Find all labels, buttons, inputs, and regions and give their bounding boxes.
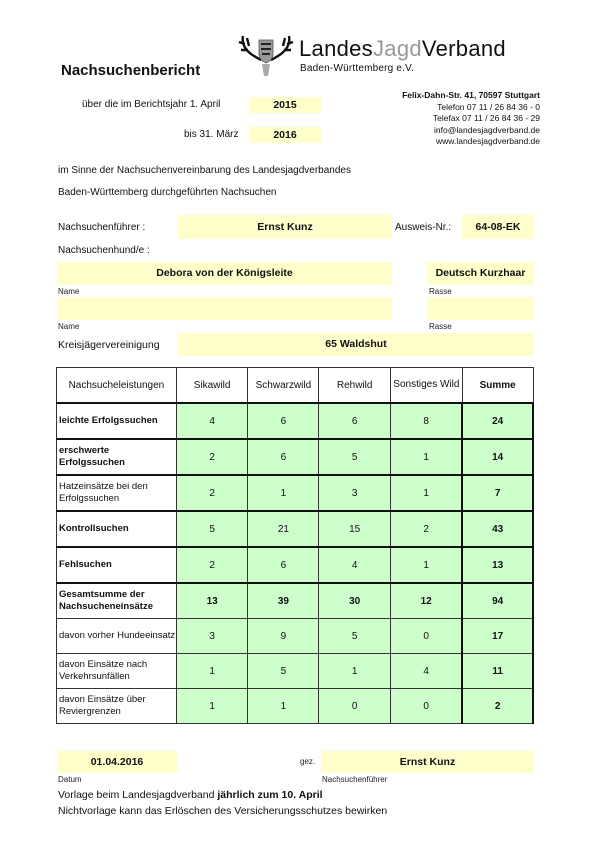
header-rehwild: Rehwild <box>319 368 391 404</box>
value-cell[interactable]: 21 <box>248 511 319 547</box>
address-email[interactable]: info@landesjagdverband.de <box>402 125 540 137</box>
logo-subtitle: Baden-Württemberg e.V. <box>300 63 414 74</box>
dog-1-breed-field[interactable]: Deutsch Kurzhaar <box>427 262 534 285</box>
date-field[interactable]: 01.04.2016 <box>57 751 177 773</box>
value-cell[interactable]: 6 <box>248 439 319 475</box>
table-row: leichte Erfolgssuchen466824 <box>57 403 534 439</box>
logo-wordmark: LandesJagdVerband <box>299 36 506 62</box>
note-deadline: Vorlage beim Landesjagdverband jährlich … <box>58 789 323 801</box>
value-cell[interactable]: 5 <box>319 439 391 475</box>
table-row: davon Einsätze nach Verkehrsunfällen1514… <box>57 654 534 689</box>
intro-line-2: Baden-Württemberg durchgeführten Nachsuc… <box>58 187 276 198</box>
row-label: davon Einsätze über Reviergrenzen <box>57 689 177 724</box>
value-cell[interactable]: 6 <box>248 403 319 439</box>
intro-line-1: im Sinne der Nachsuchenvereinbarung des … <box>58 165 351 176</box>
association-label: Kreisjägervereinigung <box>58 339 160 351</box>
header-schwarzwild: Schwarzwild <box>248 368 319 404</box>
table-row: Fehlsuchen264113 <box>57 547 534 583</box>
value-cell[interactable]: 6 <box>248 547 319 583</box>
page-title: Nachsuchenbericht <box>61 62 200 79</box>
value-cell[interactable]: 1 <box>248 475 319 511</box>
row-label: erschwerte Erfolgssuchen <box>57 439 177 475</box>
value-cell[interactable]: 5 <box>248 654 319 689</box>
signed-label: Nachsuchenführer <box>322 775 387 784</box>
value-cell[interactable]: 1 <box>248 689 319 724</box>
header-sonstiges-wild: Sonstiges Wild <box>391 368 463 404</box>
value-cell[interactable]: 0 <box>391 689 463 724</box>
sum-cell: 7 <box>462 475 533 511</box>
sum-cell: 11 <box>462 654 533 689</box>
address-phone: Telefon 07 11 / 26 84 36 - 0 <box>402 102 540 114</box>
id-field[interactable]: 64-08-EK <box>462 215 534 239</box>
value-cell[interactable]: 6 <box>319 403 391 439</box>
sum-cell: 17 <box>462 619 533 654</box>
value-cell[interactable]: 15 <box>319 511 391 547</box>
row-label: davon vorher Hundeeinsatz <box>57 619 177 654</box>
value-cell[interactable]: 1 <box>319 654 391 689</box>
value-cell[interactable]: 3 <box>319 475 391 511</box>
period-from-label: über die im Berichtsjahr 1. April <box>82 99 220 110</box>
dogs-label: Nachsuchenhund/e : <box>58 245 150 256</box>
table-header-row: Nachsucheleistungen Sikawild Schwarzwild… <box>57 368 534 404</box>
period-to-year[interactable]: 2016 <box>249 127 321 143</box>
sum-cell: 43 <box>462 511 533 547</box>
value-cell[interactable]: 2 <box>391 511 463 547</box>
value-cell[interactable]: 5 <box>176 511 248 547</box>
sum-cell: 94 <box>462 583 533 619</box>
row-label: davon Einsätze nach Verkehrsunfällen <box>57 654 177 689</box>
value-cell[interactable]: 1 <box>391 439 463 475</box>
header-summe: Summe <box>462 368 533 404</box>
logo-part-jagd: Jagd <box>373 36 422 61</box>
value-cell[interactable]: 12 <box>391 583 463 619</box>
address-fax: Telefax 07 11 / 26 84 36 - 29 <box>402 113 540 125</box>
header-sikawild: Sikawild <box>176 368 248 404</box>
sum-cell: 14 <box>462 439 533 475</box>
value-cell[interactable]: 4 <box>176 403 248 439</box>
table-row: Gesamtsumme der Nachsucheneinsätze133930… <box>57 583 534 619</box>
address-web[interactable]: www.landesjagdverband.de <box>402 136 540 148</box>
table-row: davon vorher Hundeeinsatz395017 <box>57 619 534 654</box>
signed-prefix: gez. <box>300 757 315 766</box>
row-label: Gesamtsumme der Nachsucheneinsätze <box>57 583 177 619</box>
value-cell[interactable]: 2 <box>176 547 248 583</box>
value-cell[interactable]: 2 <box>176 439 248 475</box>
value-cell[interactable]: 1 <box>176 654 248 689</box>
value-cell[interactable]: 13 <box>176 583 248 619</box>
value-cell[interactable]: 1 <box>391 475 463 511</box>
value-cell[interactable]: 4 <box>319 547 391 583</box>
address-block: Felix-Dahn-Str. 41, 70597 Stuttgart Tele… <box>402 90 540 148</box>
sum-cell: 24 <box>462 403 533 439</box>
header-nachsucheleistungen: Nachsucheleistungen <box>57 368 177 404</box>
signed-field[interactable]: Ernst Kunz <box>321 751 534 773</box>
note-deadline-text: Vorlage beim Landesjagdverband <box>58 789 217 801</box>
logo-emblem-icon <box>237 32 295 82</box>
address-street: Felix-Dahn-Str. 41, 70597 Stuttgart <box>402 90 540 102</box>
leader-label: Nachsuchenführer : <box>58 222 145 233</box>
value-cell[interactable]: 1 <box>391 547 463 583</box>
sum-cell: 13 <box>462 547 533 583</box>
id-label: Ausweis-Nr.: <box>395 222 451 233</box>
date-label: Datum <box>58 775 82 784</box>
sum-cell: 2 <box>462 689 533 724</box>
value-cell[interactable]: 39 <box>248 583 319 619</box>
value-cell[interactable]: 30 <box>319 583 391 619</box>
association-field[interactable]: 65 Waldshut <box>178 333 534 356</box>
value-cell[interactable]: 8 <box>391 403 463 439</box>
row-label: leichte Erfolgssuchen <box>57 403 177 439</box>
row-label: Hatzeinsätze bei den Erfolgssuchen <box>57 475 177 511</box>
logo-part-landes: Landes <box>299 36 373 61</box>
note-deadline-bold: jährlich zum 10. April <box>217 789 322 801</box>
dog-2-name-label: Name <box>58 322 79 331</box>
dog-1-name-label: Name <box>58 287 79 296</box>
dog-2-breed-field[interactable] <box>427 297 534 320</box>
value-cell[interactable]: 3 <box>176 619 248 654</box>
value-cell[interactable]: 4 <box>391 654 463 689</box>
value-cell[interactable]: 2 <box>176 475 248 511</box>
value-cell[interactable]: 9 <box>248 619 319 654</box>
row-label: Fehlsuchen <box>57 547 177 583</box>
dog-1-breed-label: Rasse <box>429 287 452 296</box>
leader-field[interactable]: Ernst Kunz <box>178 215 392 239</box>
table-row: erschwerte Erfolgssuchen265114 <box>57 439 534 475</box>
period-to-label: bis 31. März <box>184 129 238 140</box>
period-from-year[interactable]: 2015 <box>249 97 321 113</box>
note-insurance: Nichtvorlage kann das Erlöschen des Vers… <box>58 805 387 817</box>
logo-part-verband: Verband <box>422 36 506 61</box>
table-row: davon Einsätze über Reviergrenzen11002 <box>57 689 534 724</box>
table-row: Hatzeinsätze bei den Erfolgssuchen21317 <box>57 475 534 511</box>
value-cell[interactable]: 0 <box>391 619 463 654</box>
value-cell[interactable]: 5 <box>319 619 391 654</box>
value-cell[interactable]: 0 <box>319 689 391 724</box>
dog-2-name-field[interactable] <box>57 297 392 320</box>
dog-1-name-field[interactable]: Debora von der Königsleite <box>57 262 392 285</box>
table-row: Kontrollsuchen52115243 <box>57 511 534 547</box>
row-label: Kontrollsuchen <box>57 511 177 547</box>
results-table: Nachsucheleistungen Sikawild Schwarzwild… <box>56 367 534 724</box>
dog-2-breed-label: Rasse <box>429 322 452 331</box>
value-cell[interactable]: 1 <box>176 689 248 724</box>
